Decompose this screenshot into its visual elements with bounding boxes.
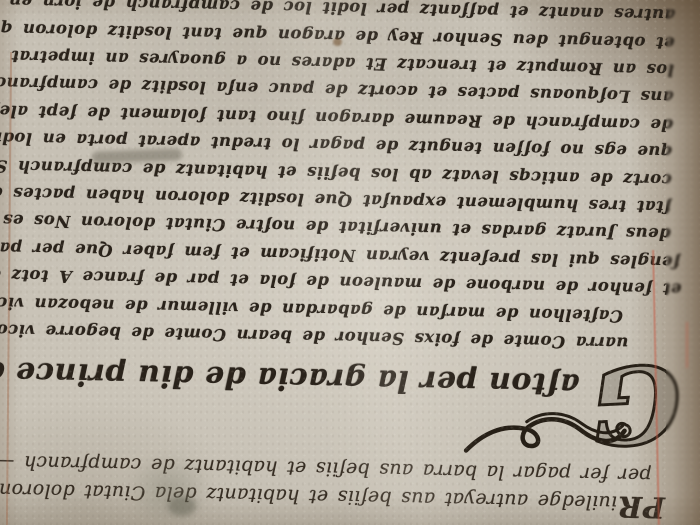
manuscript-photo: PRiuiledge autreyat aus beſiis et habita… (0, 0, 700, 525)
brown-spot (333, 38, 342, 46)
gray-stain (126, 452, 212, 525)
red-fold-line-short (686, 322, 688, 368)
manuscript-page-upside-down: PRiuiledge autreyat aus beſiis et habita… (0, 0, 700, 525)
dark-stain (168, 496, 196, 516)
charter-text-block: G aſton per la gracia de diu prince de n… (10, 0, 675, 448)
charter-opening-line: aſton per la gracia de diu prince de na (11, 344, 580, 412)
archival-rubric: PRiuiledge autreyat aus beſiis et habita… (9, 448, 666, 522)
pen-flourish-knot (460, 409, 633, 459)
